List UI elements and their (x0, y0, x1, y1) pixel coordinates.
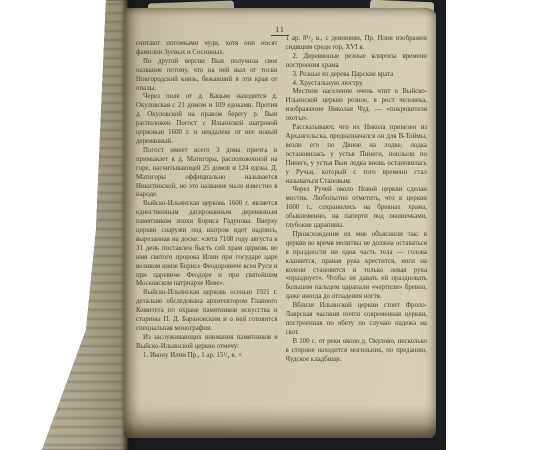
book-photo: 11 считают потомками чуди, хотя они нося… (40, 0, 446, 450)
paragraph: Выйско-Ильинская церковь 1600 г. являетс… (136, 200, 278, 289)
page-header: 11 (124, 19, 436, 32)
book-page: 11 считают потомками чуди, хотя они нося… (124, 8, 436, 438)
paragraph: В 100 с. от реки около д. Окулово, неско… (286, 338, 428, 365)
paragraph: Погост имеет всего 3 дома причта и примы… (136, 147, 278, 200)
list-item: 1. Икону Илии Пр., 1 ар. 15¹/₄ в. × (136, 352, 278, 361)
paragraph: Вблизи Ильинской церкви стоит Фроло-Лавр… (286, 302, 428, 338)
list-item: 2. Деревянные резные клиросы времени пос… (286, 53, 428, 71)
paragraph: Выйско-Ильинская церковь осенью 1921 г. … (136, 289, 278, 334)
left-column: считают потомками чуди, хотя они носят ф… (136, 35, 278, 417)
paragraph: Через поле от д. Кацьве находится д. Оку… (136, 93, 278, 146)
paragraph: Происхождение их мне объяснили так: в це… (286, 231, 428, 302)
paragraph: Из заслуживающих внимания памятников в В… (136, 334, 278, 352)
facing-page-edge (40, 0, 128, 450)
paragraph: Местное население очень чтит в Выйско-Ил… (286, 88, 428, 124)
paragraph: 1 ар. 8¹/₂ в., с деяниями, Пр. Илия изоб… (286, 35, 428, 53)
right-column: 1 ар. 8¹/₂ в., с деяниями, Пр. Илия изоб… (286, 35, 428, 417)
paragraph: Рассказывают, что их Никола привезен из … (286, 124, 428, 186)
paragraph: считают потомками чуди, хотя они носят ф… (136, 40, 278, 58)
list-item: 4. Хрустальную люстру. (286, 80, 428, 89)
paragraph: Через Ручей около Новой церкви сделан мо… (286, 186, 428, 231)
paragraph: По другой версии Выя получила свое назва… (136, 58, 278, 94)
list-item: 3. Резные из дерева Царские врата (286, 71, 428, 80)
text-columns: считают потомками чуди, хотя они носят ф… (124, 32, 436, 417)
